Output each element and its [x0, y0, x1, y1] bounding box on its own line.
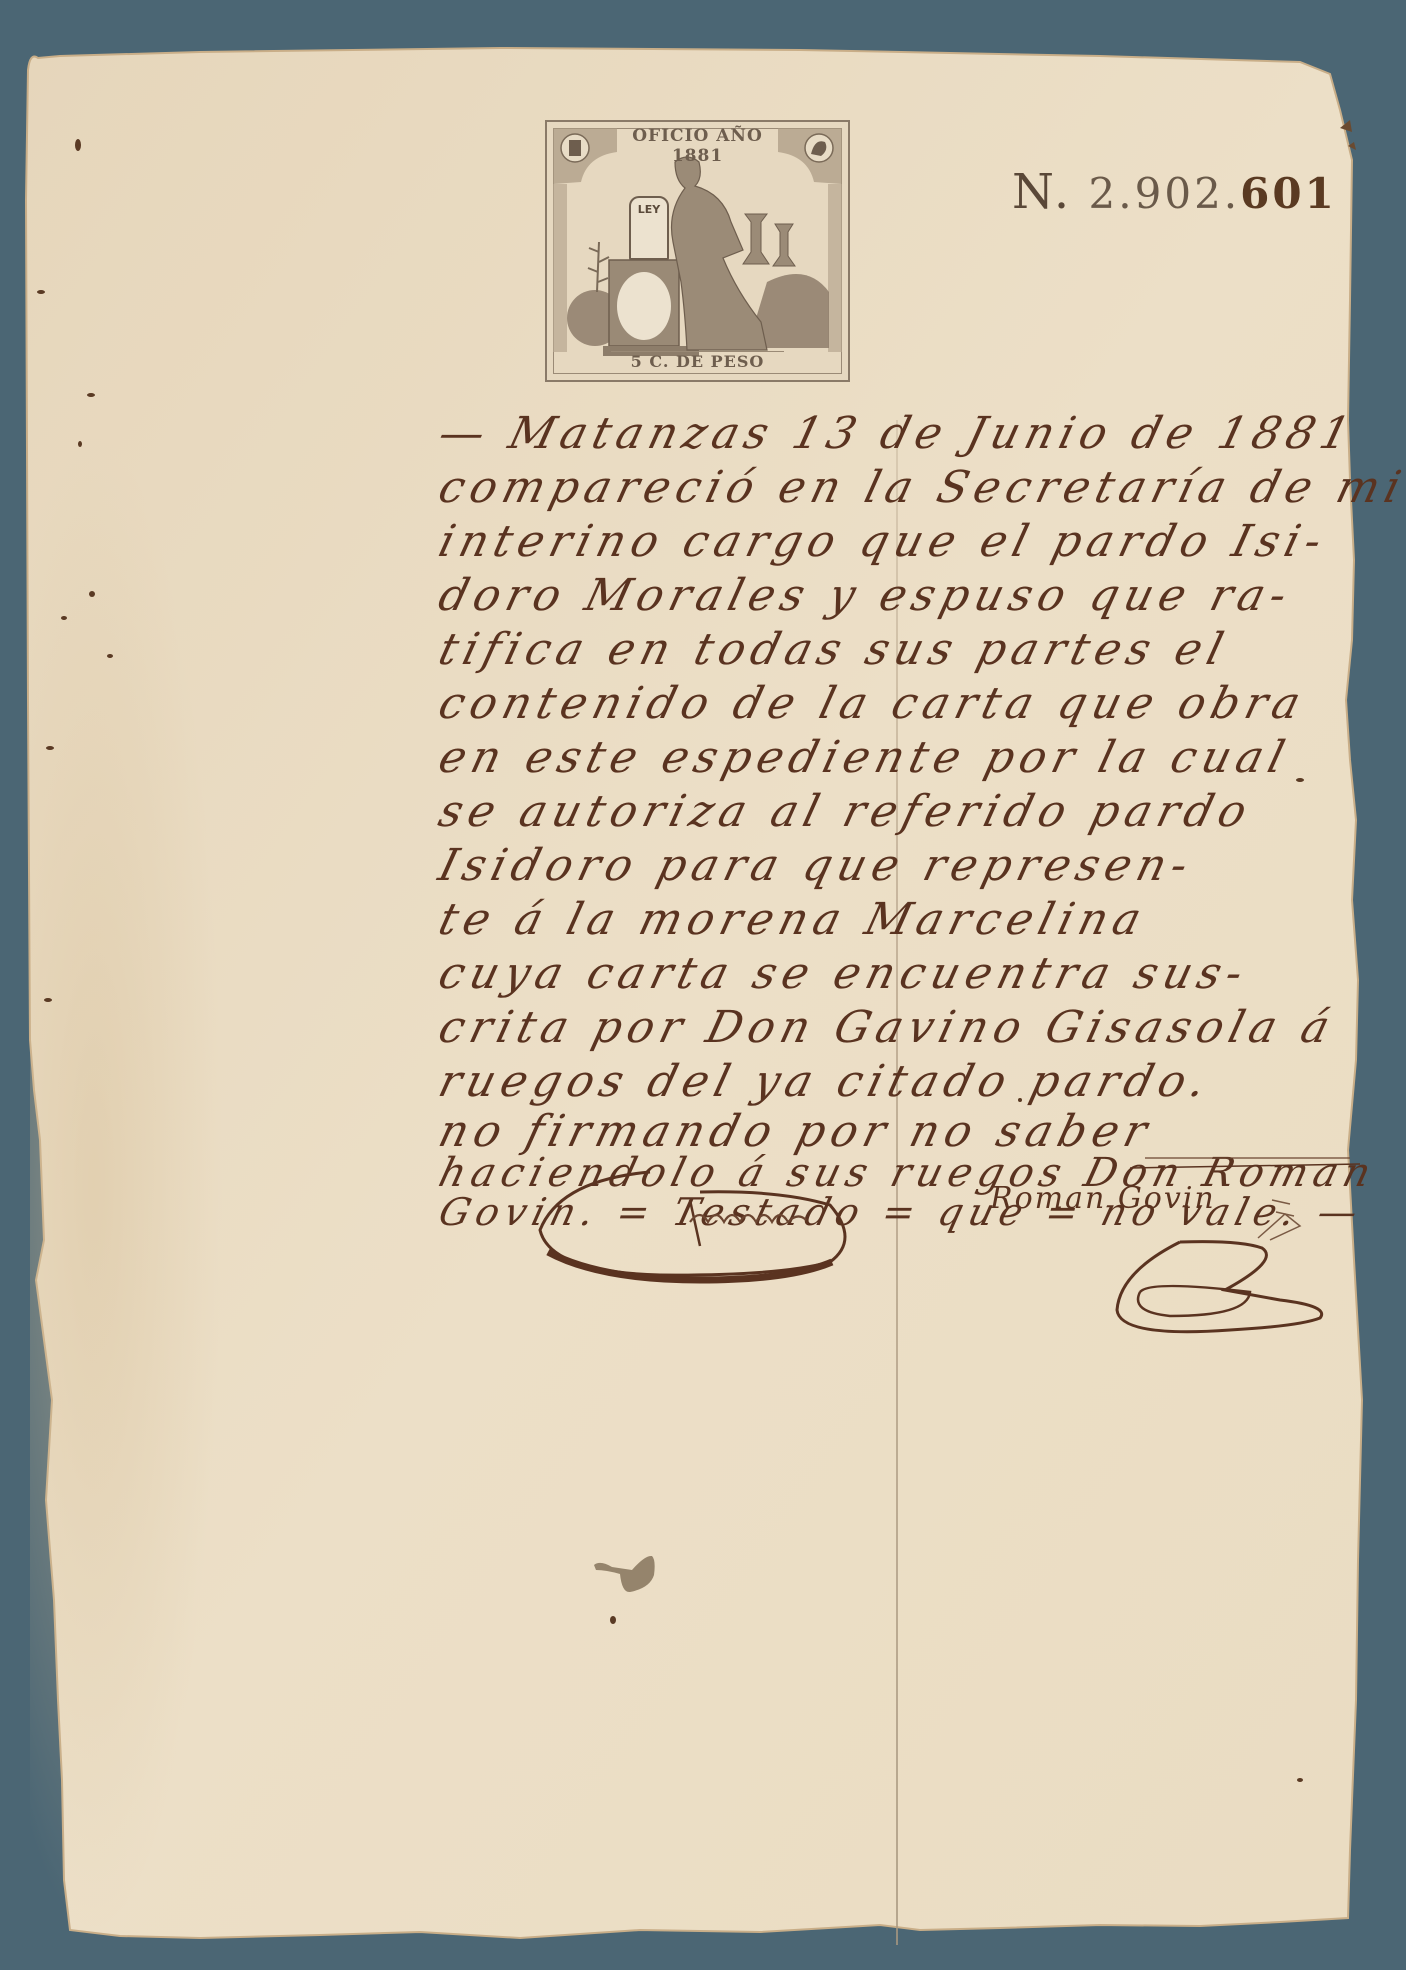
serial-prefix: N.	[1012, 164, 1072, 220]
text-line: en este espediente por la cual	[434, 732, 1296, 783]
text-line: tifica en todas sus partes el	[434, 624, 1235, 675]
revenue-stamp: OFICIO AÑO 1881 LEY 5 C. DE PESO	[545, 120, 850, 382]
text-line: cuya carta se encuentra sus-	[434, 948, 1254, 999]
text-line: doro Morales y espuso que ra-	[434, 570, 1298, 621]
text-line: crita por Don Gavino Gisasola á	[434, 1002, 1341, 1053]
serial-number: N. 2.902.601	[1012, 164, 1337, 220]
text-line: — Matanzas 13 de Junio de 1881	[434, 408, 1361, 459]
text-line: se autoriza al referido pardo	[434, 786, 1258, 837]
tablet-label: LEY	[638, 203, 661, 216]
law-tablet: LEY	[629, 196, 669, 260]
text-line: contenido de la carta que obra	[434, 678, 1312, 729]
text-line: Govin. = Testado = que = no vale. —	[435, 1190, 1369, 1234]
serial-part-2: 601	[1240, 169, 1337, 218]
serial-part-1: 2.902.	[1089, 169, 1241, 218]
text-line: ruegos del ya citado pardo.	[434, 1056, 1217, 1107]
document-page: OFICIO AÑO 1881 LEY 5 C. DE PESO N. 2.90…	[0, 0, 1406, 1970]
text-line: Isidoro para que represen-	[434, 840, 1199, 891]
stamp-value: 5 C. DE PESO	[611, 351, 784, 376]
text-line: te á la morena Marcelina	[434, 894, 1152, 945]
text-line: interino cargo que el pardo Isi-	[434, 516, 1333, 567]
blank-medallion	[617, 272, 671, 340]
stamp-title: OFICIO AÑO 1881	[617, 126, 778, 152]
text-line: compareció en la Secretaría de mi	[434, 462, 1406, 513]
